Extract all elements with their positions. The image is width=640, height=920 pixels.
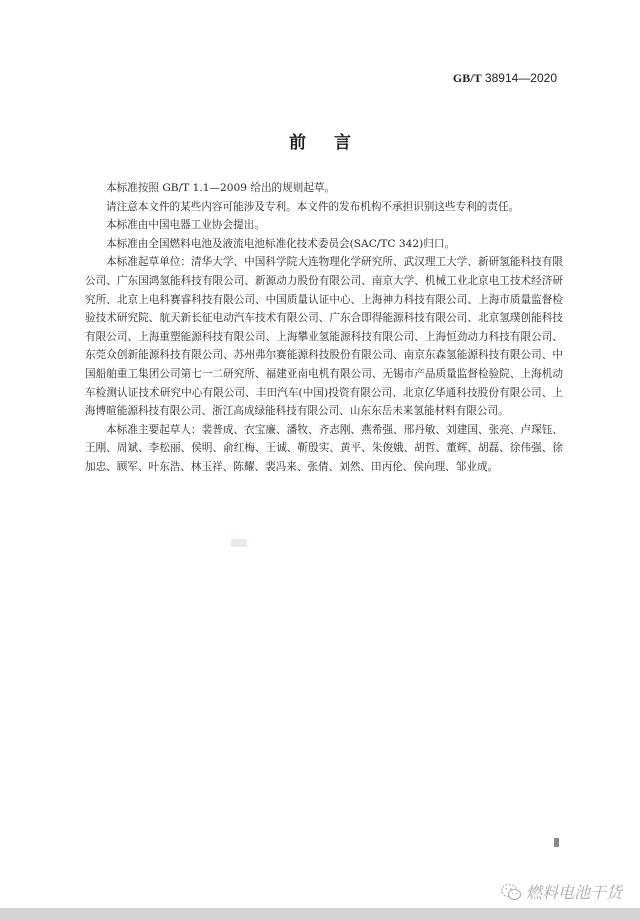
paragraph-main-drafters: 本标准主要起草人：裴普成、衣宝廉、潘牧、齐志刚、燕希强、邢丹敏、刘建国、张亮、卢… [85, 421, 563, 477]
paragraph-drafting-organizations: 本标准起草单位：清华大学、中国科学院大连物理化学研究所、武汉理工大学、新研氢能科… [85, 253, 563, 420]
paragraph-patent-notice: 请注意本文件的某些内容可能涉及专利。本文件的发布机构不承担识别这些专利的责任。 [85, 198, 563, 217]
standard-prefix: GB/T [453, 71, 482, 85]
watermark-text: 燃料电池干货 [526, 880, 622, 903]
paragraph-drafting-rules: 本标准按照 GB/T 1.1—2009 给出的规则起草。 [85, 179, 563, 198]
page-number-mark [554, 838, 559, 847]
standard-code: GB/T 38914—2020 [453, 71, 557, 86]
page-title: 前言 [0, 128, 640, 153]
standard-number: 38914—2020 [485, 71, 557, 85]
document-body: 本标准按照 GB/T 1.1—2009 给出的规则起草。 请注意本文件的某些内容… [85, 179, 563, 477]
wechat-icon [500, 883, 522, 901]
faint-stamp-mark [231, 539, 247, 547]
paragraph-proposed-by: 本标准由中国电器工业协会提出。 [85, 216, 563, 235]
paragraph-under-jurisdiction: 本标准由全国燃料电池及液流电池标准化技术委员会(SAC/TC 342)归口。 [85, 235, 563, 254]
watermark: 燃料电池干货 [500, 880, 622, 903]
bottom-bar [0, 908, 640, 920]
